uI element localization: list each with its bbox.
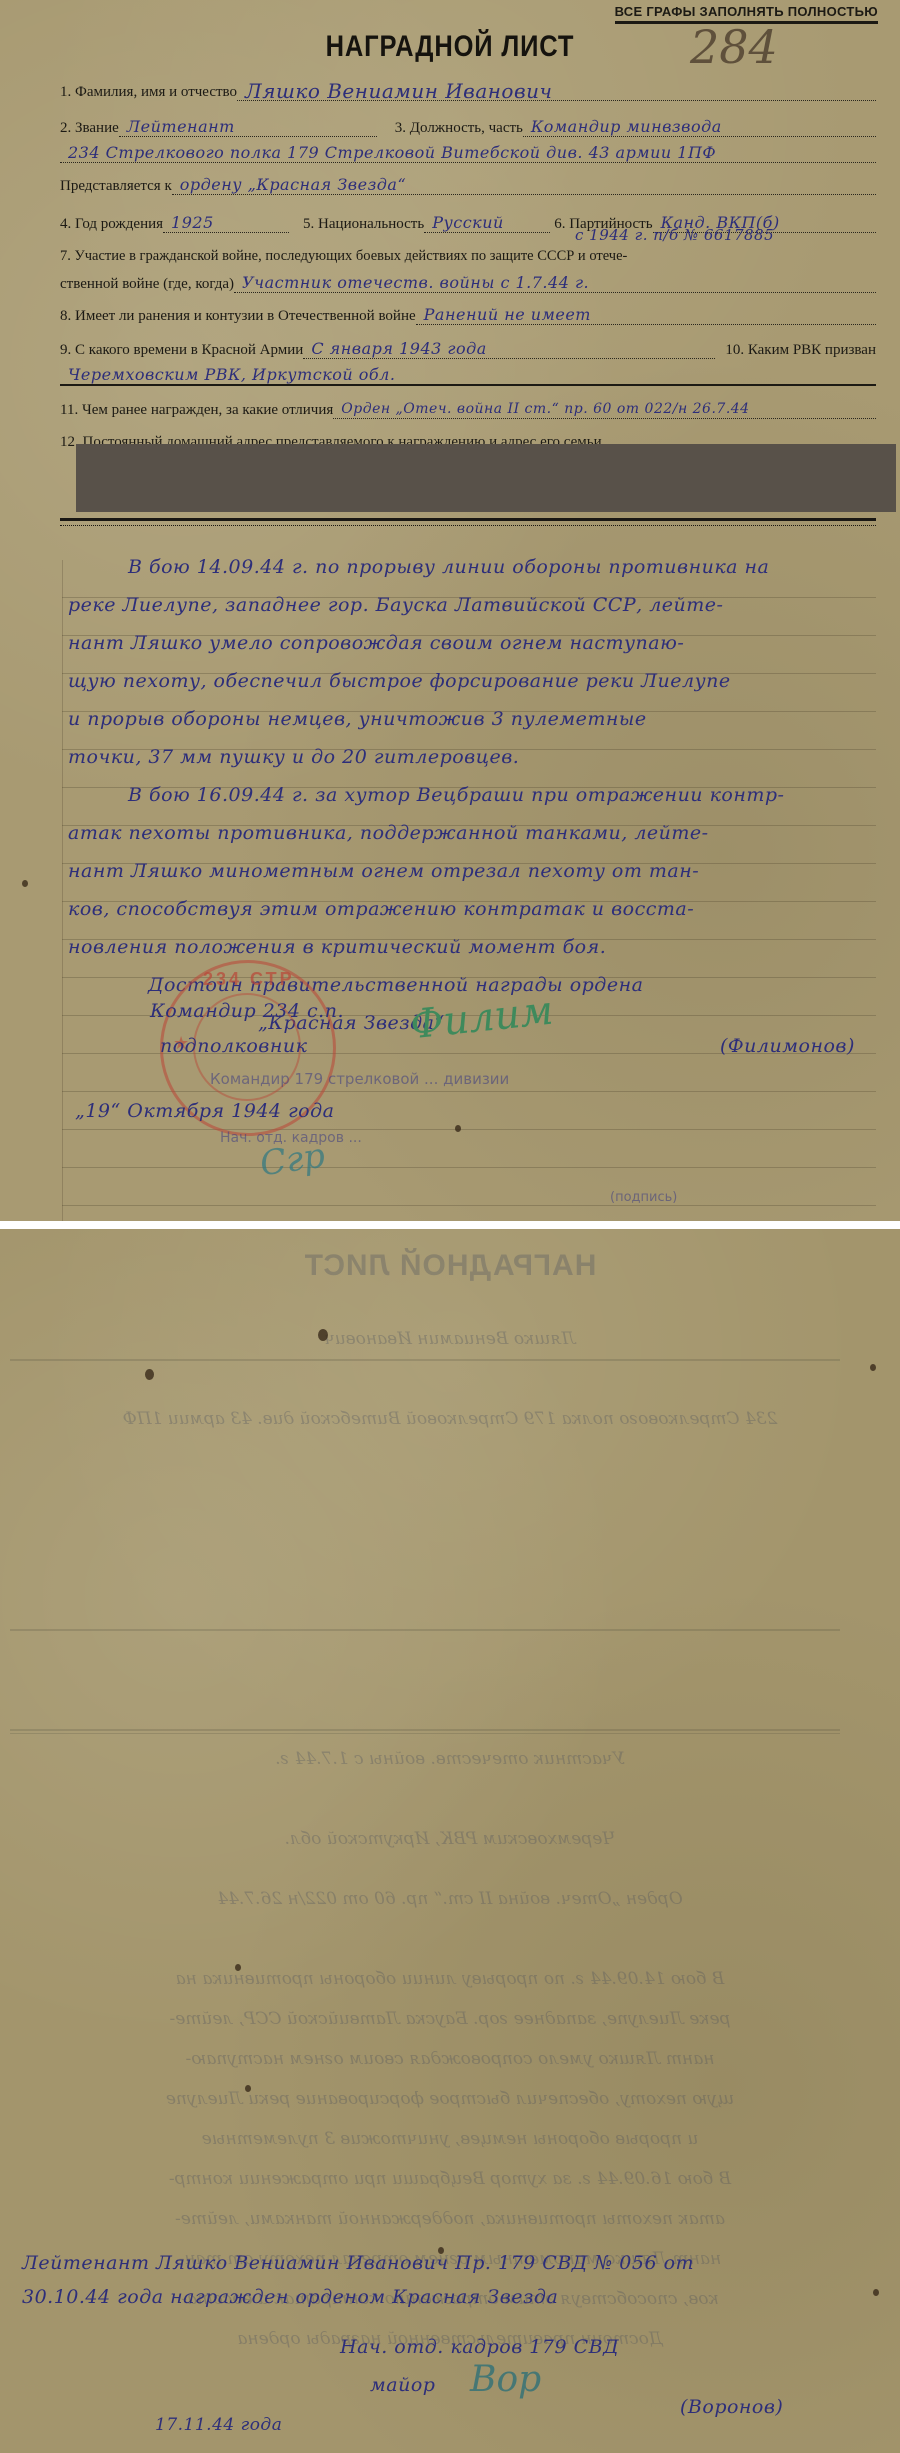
bleed-through-line: В бою 16.09.44 г. за хутор Вецбраши при … [0,2169,900,2189]
narrative-line: ков, способствуя этим отражению контрата… [68,890,870,928]
bleed-through-line: нант Ляшко умело сопровождая своим огнем… [0,2049,900,2069]
faded-typed-line: Командир 179 стрелковой ... дивизии [210,1070,509,1088]
field-service-since: 9. С какого времени в Красной Армии С ян… [60,340,876,359]
narrative-line: В бою 16.09.44 г. за хутор Вецбраши при … [68,776,870,814]
award-sheet-page-1: ВСЕ ГРАФЫ ЗАПОЛНЯТЬ ПОЛНОСТЬЮ НАГРАДНОЙ … [0,0,900,1221]
field-value-nationality: Русский [424,214,550,233]
paper-speck [455,1125,461,1132]
field-war-participation-label: 7. Участие в гражданской войне, последую… [60,248,876,265]
narrative-line: В бою 14.09.44 г. по прорыву линии оборо… [68,548,870,586]
field-label: ственной войне (где, когда) [60,276,234,293]
field-label: 1. Фамилия, имя и отчество [60,84,237,101]
field-value-birth-year: 1925 [163,214,289,233]
award-conclusion-line-1: Лейтенант Ляшко Вениамин Иванович Пр. 17… [22,2247,694,2279]
paper-speck [145,1369,154,1380]
field-nominated-for: Представляется к ордену „Красная Звезда“ [60,176,876,195]
field-position-continued: 234 Стрелкового полка 179 Стрелковой Вит… [60,144,876,163]
field-full-name: 1. Фамилия, имя и отчество Ляшко Вениами… [60,82,876,101]
archive-number: 284 [690,20,778,74]
bleed-through-line: Орден „Отеч. война II ст.“ пр. 60 от 022… [0,1889,900,1909]
section-divider [60,518,876,526]
field-label: 4. Год рождения [60,216,163,233]
field-value-rank: Лейтенант [119,118,377,137]
field-value-draft-office: Черемховским РВК, Иркутской обл. [60,366,876,386]
narrative-line: и прорыв обороны немцев, уничтожив 3 пул… [68,700,870,738]
narrative-line: нант Ляшко умело сопровождая своим огнем… [68,624,870,662]
field-label: 8. Имеет ли ранения и контузии в Отечест… [60,308,416,325]
field-value: Участник отечеств. войны с 1.7.44 г. [234,274,876,293]
bleed-through-line: 234 Стрелкового полка 179 Стрелковой Вит… [0,1409,900,1429]
bleed-through-rule [10,1629,840,1631]
bleed-through-line: Черемховским РВК, Иркутской обл. [0,1829,900,1849]
bleed-through-rule [10,1733,840,1734]
field-label: 11. Чем ранее награжден, за какие отличи… [60,402,333,419]
award-conclusion-line-2: 30.10.44 года награжден орденом Красная … [22,2281,558,2313]
paper-speck [318,1329,328,1341]
personnel-chief-rank: майор [370,2369,435,2401]
redacted-address-block [76,444,896,512]
field-value: ордену „Красная Звезда“ [172,176,876,195]
narrative-line: нант Ляшко минометным огнем отрезал пехо… [68,852,870,890]
field-previous-awards: 11. Чем ранее награжден, за какие отличи… [60,400,876,419]
bleed-through-line: и прорыв обороны немцев, уничтожив 3 пул… [0,2129,900,2149]
paper-speck [22,880,28,887]
field-label: 9. С какого времени в Красной Армии [60,342,303,359]
conclusion-date: 17.11.44 года [155,2409,282,2441]
field-value-position: Командир минвзвода [523,118,876,137]
field-rank-position: 2. Звание Лейтенант 3. Должность, часть … [60,118,876,137]
bleed-through-rule [10,1359,840,1361]
faded-typed-line: (подпись) [610,1190,677,1205]
bleed-through-line: реке Лиелупе, западнее гор. Бауска Латви… [0,2009,900,2029]
stamp-text: 234 СТР [203,969,295,990]
field-value: Ляшко Вениамин Иванович [237,82,876,101]
bleed-through-line: Участник отечеств. войны с 1.7.44 г. [0,1749,900,1769]
personnel-chief-name: (Воронов) [680,2391,783,2423]
field-label: 3. Должность, часть [395,120,523,137]
narrative-line: точки, 37 мм пушку и до 20 гитлеровцев. [68,738,870,776]
field-war-participation: ственной войне (где, когда) Участник оте… [60,274,876,293]
personnel-chief-signature: Вор [470,2364,541,2396]
commander-rank: подполковник [160,1035,307,1057]
bleed-through-line: Ляшко Вениамин Иванович [0,1329,900,1349]
field-label: Представляется к [60,178,172,195]
field-wounds: 8. Имеет ли ранения и контузии в Отечест… [60,306,876,325]
bleed-through-title: НАГРАДНОЙ ЛИСТ [0,1249,900,1283]
field-label: 2. Звание [60,120,119,137]
bleed-through-line: В бою 14.09.44 г. по прорыву линии оборо… [0,1969,900,1989]
field-label: 7. Участие в гражданской войне, последую… [60,248,627,265]
paper-speck [245,2085,251,2092]
combat-narrative: В бою 14.09.44 г. по прорыву линии оборо… [68,548,870,1042]
paper-speck [438,2247,444,2254]
narrative-line: новления положения в критический момент … [68,928,870,966]
field-label: 5. Национальность [303,216,424,233]
narrative-line: атак пехоты противника, поддержанной тан… [68,814,870,852]
commander-name: (Филимонов) [720,1035,855,1057]
narrative-line: реке Лиелупе, западнее гор. Бауска Латви… [68,586,870,624]
party-card-note: с 1944 г. п/б № 6617885 [575,226,774,244]
signature-date: „19“ Октября 1944 года [75,1100,334,1122]
bleed-through-line: щую пехоту, обеспечил быстрое форсирован… [0,2089,900,2109]
bleed-through-line: атак пехоты противника, поддержанной тан… [0,2209,900,2229]
field-value: Орден „Отеч. война II ст.“ пр. 60 от 022… [333,400,876,419]
field-value-service-since: С января 1943 года [303,340,715,359]
paper-speck [873,2289,879,2296]
paper-speck [235,1964,241,1971]
field-value: Ранений не имеет [416,306,876,325]
commander-title: Командир 234 с.п. [150,1000,344,1022]
paper-speck [870,1364,876,1371]
bleed-through-rule [10,1729,840,1731]
narrative-line: щую пехоту, обеспечил быстрое форсирован… [68,662,870,700]
field-label: 10. Каким РВК призван [725,342,876,359]
award-sheet-page-2: НАГРАДНОЙ ЛИСТ Ляшко Вениамин Иванович 2… [0,1229,900,2453]
